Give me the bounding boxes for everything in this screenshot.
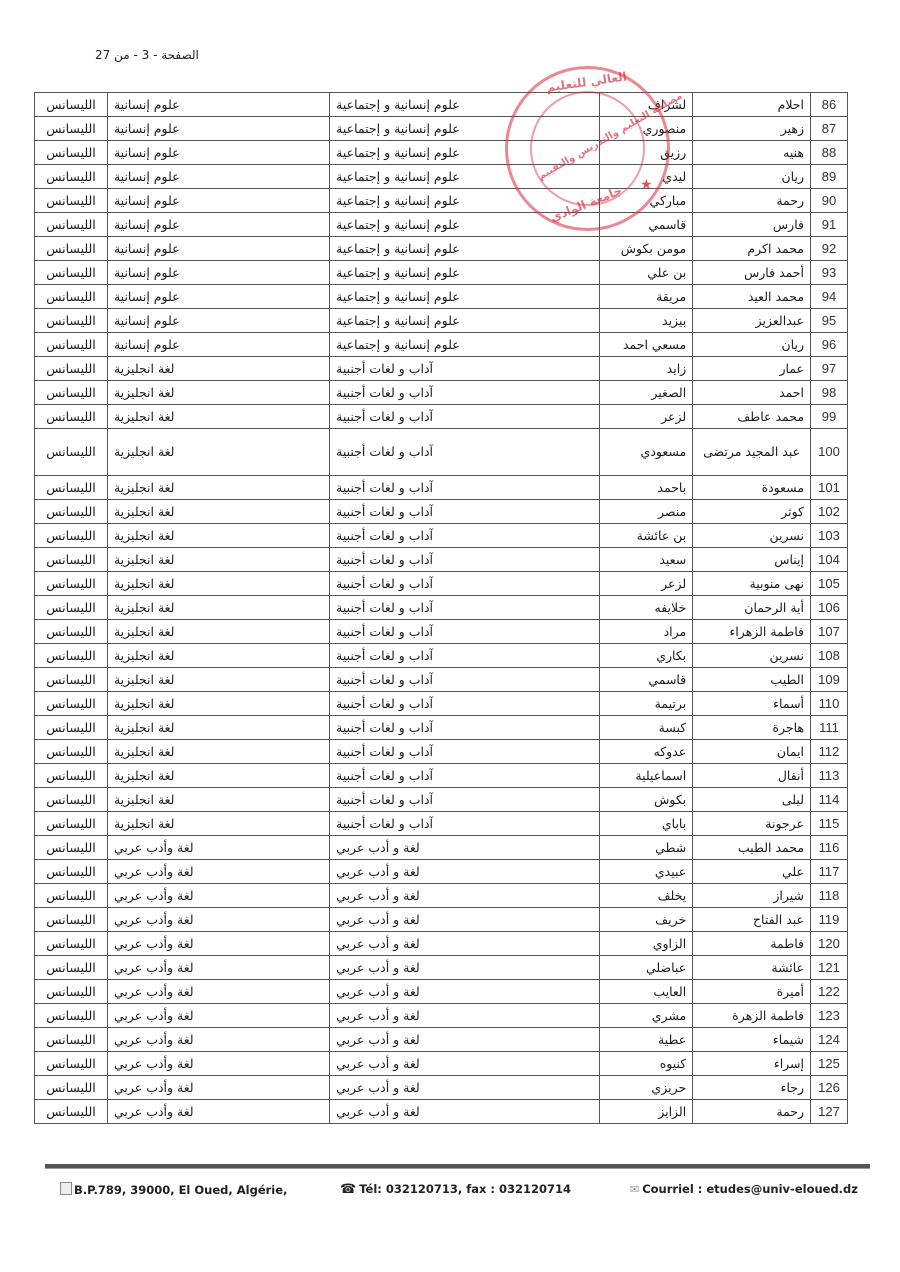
telephone-icon: ☎ [340, 1182, 356, 1197]
cell-field-of-study: آداب و لغات أجنبية [330, 716, 600, 740]
cell-field-of-study: آداب و لغات أجنبية [330, 692, 600, 716]
cell-first-name: نسرين [693, 644, 811, 668]
cell-row-number: 107 [811, 620, 848, 644]
table-row: 87زهيرمنصوريعلوم إنسانية و إجتماعيةعلوم … [35, 117, 848, 141]
cell-row-number: 105 [811, 572, 848, 596]
cell-specialty: علوم إنسانية [107, 189, 329, 213]
cell-row-number: 117 [811, 860, 848, 884]
cell-specialty: لغة انجليزية [107, 812, 329, 836]
cell-field-of-study: علوم إنسانية و إجتماعية [330, 117, 600, 141]
cell-field-of-study: آداب و لغات أجنبية [330, 788, 600, 812]
cell-field-of-study: آداب و لغات أجنبية [330, 740, 600, 764]
cell-degree: الليسانس [35, 1028, 108, 1052]
cell-first-name: ريان [693, 165, 811, 189]
cell-first-name: ايمان [693, 740, 811, 764]
cell-row-number: 97 [811, 357, 848, 381]
cell-specialty: لغة وأدب عربي [107, 1100, 329, 1124]
cell-last-name: شطي [600, 836, 693, 860]
table-row: 125إسراءكنيوهلغة و أدب عربيلغة وأدب عربي… [35, 1052, 848, 1076]
cell-row-number: 121 [811, 956, 848, 980]
cell-degree: الليسانس [35, 716, 108, 740]
table-row: 112ايمانعدوكهآداب و لغات أجنبيةلغة انجلي… [35, 740, 848, 764]
table-row: 94محمد العيدمريقةعلوم إنسانية و إجتماعية… [35, 285, 848, 309]
cell-last-name: قاسمي [600, 668, 693, 692]
cell-last-name: كنيوه [600, 1052, 693, 1076]
cell-degree: الليسانس [35, 956, 108, 980]
cell-field-of-study: لغة و أدب عربي [330, 1052, 600, 1076]
cell-specialty: لغة انجليزية [107, 716, 329, 740]
cell-first-name: علي [693, 860, 811, 884]
cell-field-of-study: آداب و لغات أجنبية [330, 668, 600, 692]
cell-row-number: 119 [811, 908, 848, 932]
table-row: 117عليعبيديلغة و أدب عربيلغة وأدب عربيال… [35, 860, 848, 884]
cell-specialty: لغة انجليزية [107, 668, 329, 692]
cell-field-of-study: آداب و لغات أجنبية [330, 812, 600, 836]
cell-degree: الليسانس [35, 668, 108, 692]
table-row: 109الطيبقاسميآداب و لغات أجنبيةلغة انجلي… [35, 668, 848, 692]
cell-degree: الليسانس [35, 524, 108, 548]
footer-address: B.P.789, 39000, El Oued, Algérie, [60, 1182, 287, 1197]
cell-field-of-study: علوم إنسانية و إجتماعية [330, 237, 600, 261]
cell-last-name: بن عائشة [600, 524, 693, 548]
cell-row-number: 106 [811, 596, 848, 620]
cell-field-of-study: لغة و أدب عربي [330, 1076, 600, 1100]
cell-specialty: علوم إنسانية [107, 261, 329, 285]
cell-field-of-study: لغة و أدب عربي [330, 884, 600, 908]
phone-text: Tél: 032120713, fax : 032120714 [359, 1182, 571, 1196]
cell-last-name: خلايفه [600, 596, 693, 620]
cell-field-of-study: آداب و لغات أجنبية [330, 524, 600, 548]
cell-last-name: زايد [600, 357, 693, 381]
cell-first-name: رحمة [693, 189, 811, 213]
cell-last-name: ليدي [600, 165, 693, 189]
cell-first-name: نهى منوبية [693, 572, 811, 596]
cell-specialty: لغة انجليزية [107, 500, 329, 524]
table-row: 97عمارزايدآداب و لغات أجنبيةلغة انجليزية… [35, 357, 848, 381]
cell-field-of-study: لغة و أدب عربي [330, 908, 600, 932]
cell-first-name: زهير [693, 117, 811, 141]
cell-specialty: لغة انجليزية [107, 476, 329, 500]
cell-first-name: احلام [693, 93, 811, 117]
cell-specialty: لغة انجليزية [107, 692, 329, 716]
footer-divider [45, 1164, 870, 1169]
cell-row-number: 86 [811, 93, 848, 117]
cell-field-of-study: آداب و لغات أجنبية [330, 620, 600, 644]
cell-degree: الليسانس [35, 93, 108, 117]
cell-first-name: هنيه [693, 141, 811, 165]
cell-specialty: لغة وأدب عربي [107, 1004, 329, 1028]
cell-field-of-study: آداب و لغات أجنبية [330, 429, 600, 476]
cell-field-of-study: آداب و لغات أجنبية [330, 548, 600, 572]
cell-specialty: علوم إنسانية [107, 333, 329, 357]
cell-row-number: 125 [811, 1052, 848, 1076]
cell-field-of-study: آداب و لغات أجنبية [330, 764, 600, 788]
cell-degree: الليسانس [35, 620, 108, 644]
table-row: 108نسرينبكاريآداب و لغات أجنبيةلغة انجلي… [35, 644, 848, 668]
table-row: 92محمد اكرممومن بكوشعلوم إنسانية و إجتما… [35, 237, 848, 261]
table-row: 111هاجرةكبسةآداب و لغات أجنبيةلغة انجليز… [35, 716, 848, 740]
cell-degree: الليسانس [35, 429, 108, 476]
cell-row-number: 127 [811, 1100, 848, 1124]
cell-degree: الليسانس [35, 764, 108, 788]
cell-last-name: مريقة [600, 285, 693, 309]
cell-row-number: 99 [811, 405, 848, 429]
table-row: 93أحمد فارسبن عليعلوم إنسانية و إجتماعية… [35, 261, 848, 285]
cell-degree: الليسانس [35, 740, 108, 764]
table-row: 114ليلىبكوشآداب و لغات أجنبيةلغة انجليزي… [35, 788, 848, 812]
cell-field-of-study: لغة و أدب عربي [330, 860, 600, 884]
cell-degree: الليسانس [35, 860, 108, 884]
cell-first-name: مسعودة [693, 476, 811, 500]
table-row: 102كوثرمنصرآداب و لغات أجنبيةلغة انجليزي… [35, 500, 848, 524]
cell-field-of-study: لغة و أدب عربي [330, 1100, 600, 1124]
cell-field-of-study: آداب و لغات أجنبية [330, 572, 600, 596]
cell-last-name: لزعر [600, 572, 693, 596]
cell-row-number: 88 [811, 141, 848, 165]
cell-degree: الليسانس [35, 644, 108, 668]
cell-first-name: فارس [693, 213, 811, 237]
table-row: 120فاطمةالزاويلغة و أدب عربيلغة وأدب عرب… [35, 932, 848, 956]
cell-degree: الليسانس [35, 165, 108, 189]
cell-first-name: أنفال [693, 764, 811, 788]
cell-degree: الليسانس [35, 548, 108, 572]
envelope-icon: ✉ [630, 1183, 639, 1196]
cell-row-number: 113 [811, 764, 848, 788]
cell-last-name: باباي [600, 812, 693, 836]
cell-last-name: كبسة [600, 716, 693, 740]
cell-field-of-study: علوم إنسانية و إجتماعية [330, 309, 600, 333]
cell-specialty: لغة انجليزية [107, 548, 329, 572]
cell-field-of-study: لغة و أدب عربي [330, 980, 600, 1004]
cell-field-of-study: آداب و لغات أجنبية [330, 476, 600, 500]
cell-specialty: لغة انجليزية [107, 572, 329, 596]
cell-row-number: 87 [811, 117, 848, 141]
cell-last-name: الزايز [600, 1100, 693, 1124]
cell-specialty: لغة وأدب عربي [107, 1076, 329, 1100]
cell-row-number: 115 [811, 812, 848, 836]
cell-field-of-study: لغة و أدب عربي [330, 932, 600, 956]
cell-first-name: نسرين [693, 524, 811, 548]
cell-row-number: 104 [811, 548, 848, 572]
cell-degree: الليسانس [35, 405, 108, 429]
table-row: 95عبدالعزيزبيزيدعلوم إنسانية و إجتماعيةع… [35, 309, 848, 333]
cell-specialty: علوم إنسانية [107, 237, 329, 261]
cell-specialty: لغة انجليزية [107, 644, 329, 668]
table-row: 104إيناسسعيدآداب و لغات أجنبيةلغة انجليز… [35, 548, 848, 572]
cell-last-name: لشراف [600, 93, 693, 117]
cell-row-number: 116 [811, 836, 848, 860]
cell-last-name: بيزيد [600, 309, 693, 333]
table-row: 110أسماءبرتيمةآداب و لغات أجنبيةلغة انجل… [35, 692, 848, 716]
cell-field-of-study: علوم إنسانية و إجتماعية [330, 333, 600, 357]
email-text[interactable]: Courriel : etudes@univ-eloued.dz [642, 1182, 858, 1196]
cell-last-name: خريف [600, 908, 693, 932]
cell-row-number: 90 [811, 189, 848, 213]
cell-last-name: مراد [600, 620, 693, 644]
table-row: 88هنيهرزيقعلوم إنسانية و إجتماعيةعلوم إن… [35, 141, 848, 165]
cell-field-of-study: آداب و لغات أجنبية [330, 596, 600, 620]
cell-degree: الليسانس [35, 1076, 108, 1100]
cell-row-number: 111 [811, 716, 848, 740]
cell-first-name: عرجونة [693, 812, 811, 836]
cell-degree: الليسانس [35, 1004, 108, 1028]
cell-last-name: مومن بكوش [600, 237, 693, 261]
cell-degree: الليسانس [35, 812, 108, 836]
table-row: 105نهى منوبيةلزعرآداب و لغات أجنبيةلغة ا… [35, 572, 848, 596]
cell-degree: الليسانس [35, 692, 108, 716]
cell-degree: الليسانس [35, 261, 108, 285]
cell-degree: الليسانس [35, 381, 108, 405]
cell-first-name: عبدالعزيز [693, 309, 811, 333]
cell-degree: الليسانس [35, 189, 108, 213]
cell-field-of-study: علوم إنسانية و إجتماعية [330, 261, 600, 285]
table-row: 106أية الرحمانخلايفهآداب و لغات أجنبيةلغ… [35, 596, 848, 620]
cell-specialty: لغة انجليزية [107, 620, 329, 644]
cell-specialty: لغة انجليزية [107, 405, 329, 429]
cell-first-name: عمار [693, 357, 811, 381]
cell-degree: الليسانس [35, 1052, 108, 1076]
cell-last-name: العايب [600, 980, 693, 1004]
cell-degree: الليسانس [35, 572, 108, 596]
cell-specialty: لغة وأدب عربي [107, 1052, 329, 1076]
cell-row-number: 94 [811, 285, 848, 309]
table-row: 89ريانليديعلوم إنسانية و إجتماعيةعلوم إن… [35, 165, 848, 189]
cell-last-name: حريزي [600, 1076, 693, 1100]
cell-specialty: لغة انجليزية [107, 429, 329, 476]
table-row: 99محمد عاطفلزعرآداب و لغات أجنبيةلغة انج… [35, 405, 848, 429]
cell-row-number: 101 [811, 476, 848, 500]
cell-specialty: علوم إنسانية [107, 117, 329, 141]
cell-row-number: 108 [811, 644, 848, 668]
table-row: 101مسعودةباحمدآداب و لغات أجنبيةلغة انجل… [35, 476, 848, 500]
cell-specialty: لغة وأدب عربي [107, 1028, 329, 1052]
cell-row-number: 110 [811, 692, 848, 716]
cell-specialty: لغة انجليزية [107, 788, 329, 812]
table-row: 122أميرةالعايبلغة و أدب عربيلغة وأدب عرب… [35, 980, 848, 1004]
cell-specialty: لغة وأدب عربي [107, 932, 329, 956]
cell-last-name: منصوري [600, 117, 693, 141]
table-row: 119عبد الفتاحخريفلغة و أدب عربيلغة وأدب … [35, 908, 848, 932]
address-text: B.P.789, 39000, El Oued, Algérie, [74, 1183, 287, 1197]
cell-field-of-study: علوم إنسانية و إجتماعية [330, 141, 600, 165]
cell-specialty: لغة وأدب عربي [107, 956, 329, 980]
cell-specialty: لغة وأدب عربي [107, 908, 329, 932]
cell-field-of-study: لغة و أدب عربي [330, 1004, 600, 1028]
cell-degree: الليسانس [35, 836, 108, 860]
cell-field-of-study: علوم إنسانية و إجتماعية [330, 165, 600, 189]
cell-last-name: منصر [600, 500, 693, 524]
cell-degree: الليسانس [35, 117, 108, 141]
cell-degree: الليسانس [35, 237, 108, 261]
cell-specialty: لغة وأدب عربي [107, 980, 329, 1004]
table-row: 123فاطمة الزهرةمشريلغة و أدب عربيلغة وأد… [35, 1004, 848, 1028]
cell-field-of-study: علوم إنسانية و إجتماعية [330, 285, 600, 309]
table-row: 113أنفالاسماعيليةآداب و لغات أجنبيةلغة ا… [35, 764, 848, 788]
cell-last-name: الزاوي [600, 932, 693, 956]
cell-row-number: 123 [811, 1004, 848, 1028]
cell-degree: الليسانس [35, 476, 108, 500]
cell-last-name: عباضلي [600, 956, 693, 980]
cell-row-number: 122 [811, 980, 848, 1004]
cell-row-number: 126 [811, 1076, 848, 1100]
cell-specialty: علوم إنسانية [107, 141, 329, 165]
cell-first-name: رحمة [693, 1100, 811, 1124]
cell-degree: الليسانس [35, 1100, 108, 1124]
cell-last-name: بكوش [600, 788, 693, 812]
cell-degree: الليسانس [35, 500, 108, 524]
cell-field-of-study: آداب و لغات أجنبية [330, 381, 600, 405]
cell-row-number: 96 [811, 333, 848, 357]
cell-specialty: لغة انجليزية [107, 740, 329, 764]
cell-last-name: مسعودي [600, 429, 693, 476]
cell-first-name: إسراء [693, 1052, 811, 1076]
cell-field-of-study: لغة و أدب عربي [330, 836, 600, 860]
cell-last-name: بن علي [600, 261, 693, 285]
cell-last-name: باحمد [600, 476, 693, 500]
cell-specialty: علوم إنسانية [107, 165, 329, 189]
cell-degree: الليسانس [35, 285, 108, 309]
table-row: 100عبد المجيد مرتضىمسعوديآداب و لغات أجن… [35, 429, 848, 476]
table-row: 103نسرينبن عائشةآداب و لغات أجنبيةلغة ان… [35, 524, 848, 548]
table-row: 98احمدالصغيرآداب و لغات أجنبيةلغة انجليز… [35, 381, 848, 405]
cell-row-number: 120 [811, 932, 848, 956]
cell-degree: الليسانس [35, 932, 108, 956]
footer-phone: ☎Tél: 032120713, fax : 032120714 [340, 1182, 571, 1197]
cell-field-of-study: علوم إنسانية و إجتماعية [330, 93, 600, 117]
cell-last-name: بكاري [600, 644, 693, 668]
table-row: 124شيماءعطيةلغة و أدب عربيلغة وأدب عربيا… [35, 1028, 848, 1052]
cell-last-name: مسعي احمد [600, 333, 693, 357]
cell-first-name: عبد المجيد مرتضى [693, 429, 811, 476]
table-row: 118شيرازيخلفلغة و أدب عربيلغة وأدب عربيا… [35, 884, 848, 908]
cell-first-name: كوثر [693, 500, 811, 524]
cell-first-name: أسماء [693, 692, 811, 716]
cell-field-of-study: آداب و لغات أجنبية [330, 500, 600, 524]
cell-first-name: فاطمة الزهراء [693, 620, 811, 644]
cell-last-name: رزيق [600, 141, 693, 165]
cell-specialty: لغة انجليزية [107, 357, 329, 381]
cell-last-name: عدوكه [600, 740, 693, 764]
cell-first-name: فاطمة [693, 932, 811, 956]
cell-row-number: 103 [811, 524, 848, 548]
cell-row-number: 114 [811, 788, 848, 812]
cell-first-name: عائشة [693, 956, 811, 980]
table-row: 86احلاملشرافعلوم إنسانية و إجتماعيةعلوم … [35, 93, 848, 117]
cell-specialty: لغة انجليزية [107, 524, 329, 548]
cell-first-name: شيماء [693, 1028, 811, 1052]
cell-first-name: أميرة [693, 980, 811, 1004]
cell-degree: الليسانس [35, 980, 108, 1004]
cell-first-name: إيناس [693, 548, 811, 572]
cell-field-of-study: لغة و أدب عربي [330, 1028, 600, 1052]
cell-field-of-study: آداب و لغات أجنبية [330, 405, 600, 429]
cell-first-name: محمد العيد [693, 285, 811, 309]
cell-row-number: 92 [811, 237, 848, 261]
table-row: 90رحمةمباركيعلوم إنسانية و إجتماعيةعلوم … [35, 189, 848, 213]
cell-row-number: 91 [811, 213, 848, 237]
table-row: 107فاطمة الزهراءمرادآداب و لغات أجنبيةلغ… [35, 620, 848, 644]
cell-row-number: 118 [811, 884, 848, 908]
cell-last-name: مشري [600, 1004, 693, 1028]
cell-row-number: 95 [811, 309, 848, 333]
cell-specialty: لغة انجليزية [107, 381, 329, 405]
cell-degree: الليسانس [35, 596, 108, 620]
cell-field-of-study: علوم إنسانية و إجتماعية [330, 189, 600, 213]
cell-row-number: 93 [811, 261, 848, 285]
cell-degree: الليسانس [35, 141, 108, 165]
cell-first-name: فاطمة الزهرة [693, 1004, 811, 1028]
cell-first-name: عبد الفتاح [693, 908, 811, 932]
cell-degree: الليسانس [35, 333, 108, 357]
cell-last-name: سعيد [600, 548, 693, 572]
cell-row-number: 124 [811, 1028, 848, 1052]
table-row: 115عرجونةبابايآداب و لغات أجنبيةلغة انجل… [35, 812, 848, 836]
cell-specialty: لغة وأدب عربي [107, 860, 329, 884]
cell-last-name: برتيمة [600, 692, 693, 716]
cell-first-name: شيراز [693, 884, 811, 908]
cell-degree: الليسانس [35, 309, 108, 333]
cell-last-name: مباركي [600, 189, 693, 213]
cell-degree: الليسانس [35, 788, 108, 812]
cell-row-number: 102 [811, 500, 848, 524]
cell-first-name: محمد اكرم [693, 237, 811, 261]
cell-specialty: لغة وأدب عربي [107, 884, 329, 908]
cell-first-name: أحمد فارس [693, 261, 811, 285]
cell-field-of-study: لغة و أدب عربي [330, 956, 600, 980]
cell-first-name: احمد [693, 381, 811, 405]
cell-row-number: 100 [811, 429, 848, 476]
cell-last-name: اسماعيلية [600, 764, 693, 788]
cell-specialty: علوم إنسانية [107, 285, 329, 309]
cell-row-number: 109 [811, 668, 848, 692]
cell-last-name: يخلف [600, 884, 693, 908]
graduates-table: 86احلاملشرافعلوم إنسانية و إجتماعيةعلوم … [34, 92, 848, 1124]
cell-specialty: لغة انجليزية [107, 596, 329, 620]
cell-degree: الليسانس [35, 884, 108, 908]
cell-degree: الليسانس [35, 357, 108, 381]
cell-last-name: قاسمي [600, 213, 693, 237]
cell-last-name: عطية [600, 1028, 693, 1052]
table-row: 116محمد الطيبشطيلغة و أدب عربيلغة وأدب ع… [35, 836, 848, 860]
table-row: 126رجاءحريزيلغة و أدب عربيلغة وأدب عربيا… [35, 1076, 848, 1100]
cell-row-number: 89 [811, 165, 848, 189]
stamp-top-text: العالي للتعليم [545, 69, 627, 94]
cell-first-name: ريان [693, 333, 811, 357]
cell-field-of-study: علوم إنسانية و إجتماعية [330, 213, 600, 237]
table-row: 96ريانمسعي احمدعلوم إنسانية و إجتماعيةعل… [35, 333, 848, 357]
cell-specialty: لغة انجليزية [107, 764, 329, 788]
cell-last-name: الصغير [600, 381, 693, 405]
mailbox-icon [60, 1182, 72, 1195]
cell-row-number: 112 [811, 740, 848, 764]
cell-first-name: محمد عاطف [693, 405, 811, 429]
cell-first-name: الطيب [693, 668, 811, 692]
cell-field-of-study: آداب و لغات أجنبية [330, 644, 600, 668]
cell-last-name: لزعر [600, 405, 693, 429]
table-row: 91فارسقاسميعلوم إنسانية و إجتماعيةعلوم إ… [35, 213, 848, 237]
cell-specialty: علوم إنسانية [107, 213, 329, 237]
cell-first-name: هاجرة [693, 716, 811, 740]
cell-first-name: ليلى [693, 788, 811, 812]
table-row: 127رحمةالزايزلغة و أدب عربيلغة وأدب عربي… [35, 1100, 848, 1124]
cell-degree: الليسانس [35, 908, 108, 932]
table-row: 121عائشةعباضليلغة و أدب عربيلغة وأدب عرب… [35, 956, 848, 980]
cell-last-name: عبيدي [600, 860, 693, 884]
cell-first-name: محمد الطيب [693, 836, 811, 860]
cell-field-of-study: آداب و لغات أجنبية [330, 357, 600, 381]
cell-first-name: رجاء [693, 1076, 811, 1100]
page-number-label: الصفحة - 3 - من 27 [95, 48, 199, 62]
